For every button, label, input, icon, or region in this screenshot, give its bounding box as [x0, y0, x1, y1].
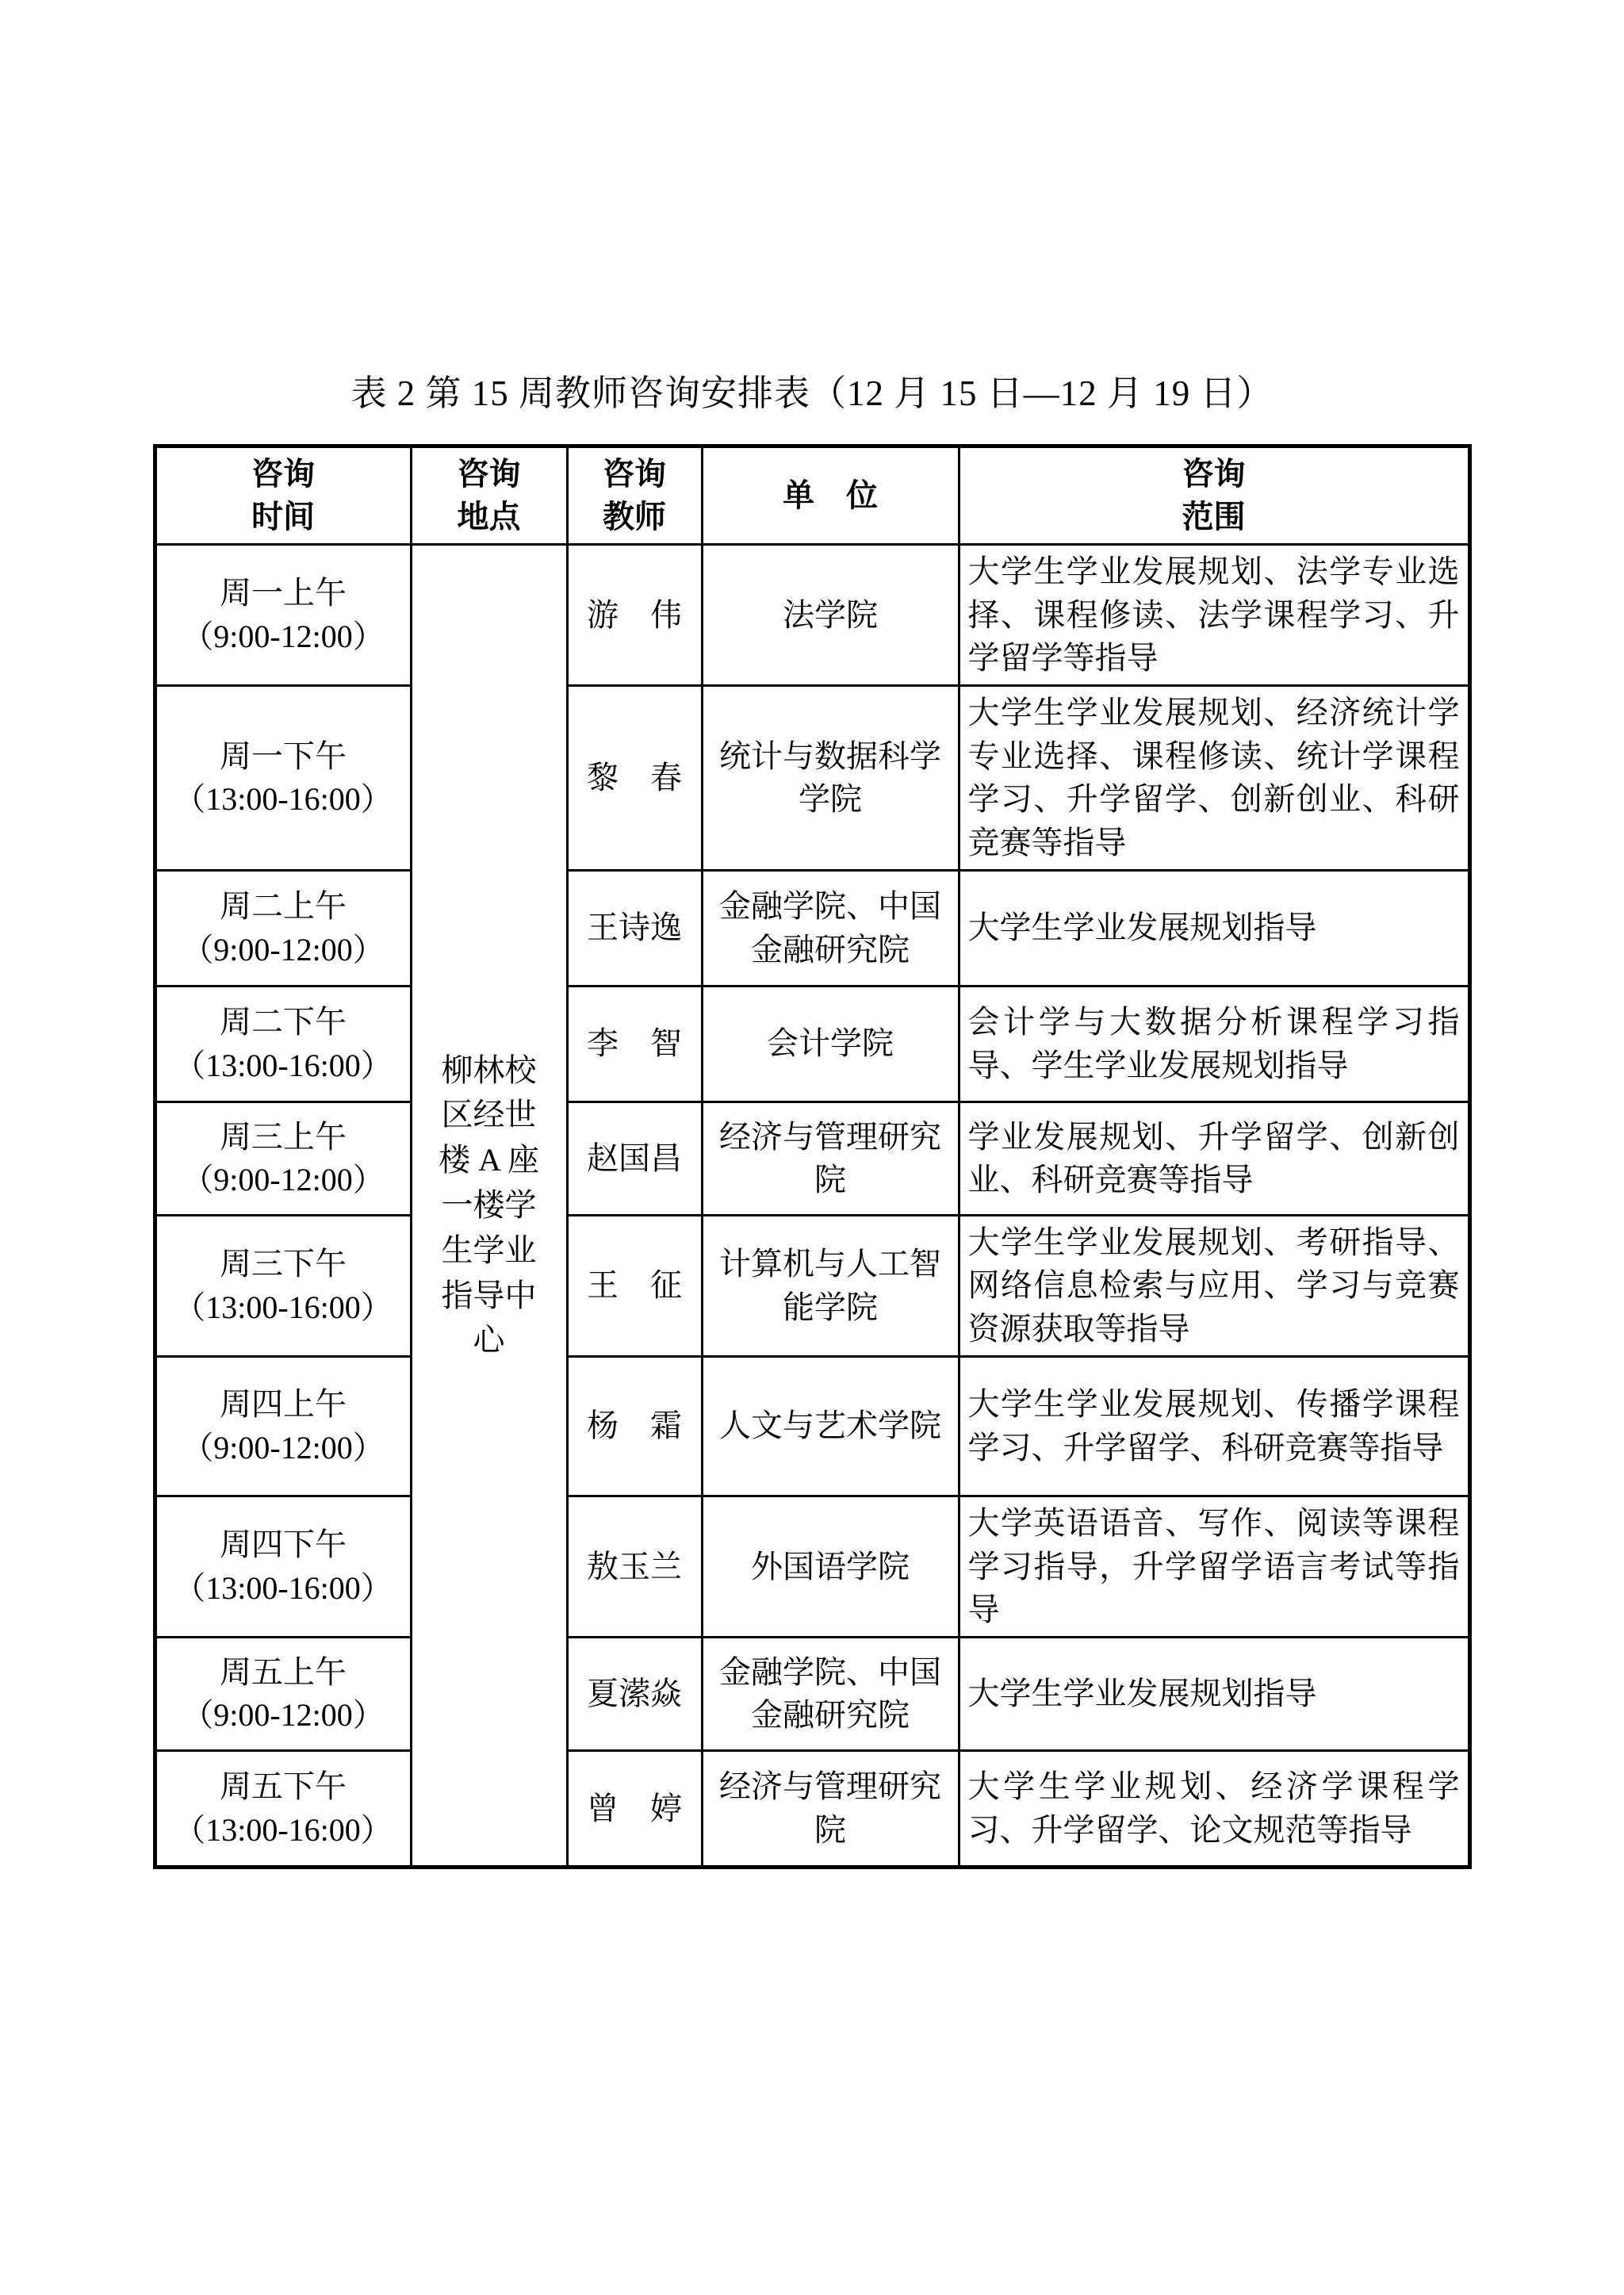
- cell-scope: 会计学与大数据分析课程学习指导、学生学业发展规划指导: [959, 987, 1469, 1102]
- cell-time: 周四下午 （13:00-16:00）: [155, 1496, 411, 1638]
- cell-unit: 会计学院: [702, 987, 959, 1102]
- cell-time: 周三上午 （9:00-12:00）: [155, 1102, 411, 1216]
- header-row: 咨询 时间 咨询 地点 咨询 教师 单 位 咨询 范围: [155, 446, 1469, 545]
- cell-unit: 经济与管理研究院: [702, 1751, 959, 1868]
- header-unit: 单 位: [702, 446, 959, 545]
- cell-unit: 计算机与人工智能学院: [702, 1216, 959, 1357]
- cell-scope: 学业发展规划、升学留学、创新创业、科研竞赛等指导: [959, 1102, 1469, 1216]
- cell-unit: 金融学院、中国金融研究院: [702, 871, 959, 987]
- cell-time: 周四上午 （9:00-12:00）: [155, 1357, 411, 1496]
- cell-scope: 大学英语语音、写作、阅读等课程学习指导，升学留学语言考试等指导: [959, 1496, 1469, 1638]
- cell-scope: 大学生学业发展规划指导: [959, 1638, 1469, 1751]
- cell-teacher: 王 征: [567, 1216, 702, 1357]
- table-row: 周三上午 （9:00-12:00） 赵国昌 经济与管理研究院 学业发展规划、升学…: [155, 1102, 1469, 1216]
- header-scope: 咨询 范围: [959, 446, 1469, 545]
- cell-teacher: 黎 春: [567, 686, 702, 871]
- location-text: 柳林校区经世楼 A 座一楼学生学业指导中心: [437, 1048, 542, 1364]
- table-row: 周四下午 （13:00-16:00） 敖玉兰 外国语学院 大学英语语音、写作、阅…: [155, 1496, 1469, 1638]
- header-location: 咨询 地点: [411, 446, 567, 545]
- table-row: 周五上午 （9:00-12:00） 夏潆焱 金融学院、中国金融研究院 大学生学业…: [155, 1638, 1469, 1751]
- cell-unit: 法学院: [702, 545, 959, 686]
- cell-teacher: 赵国昌: [567, 1102, 702, 1216]
- table-row: 周三下午 （13:00-16:00） 王 征 计算机与人工智能学院 大学生学业发…: [155, 1216, 1469, 1357]
- cell-scope: 大学生学业发展规划、考研指导、网络信息检索与应用、学习与竞赛资源获取等指导: [959, 1216, 1469, 1357]
- cell-time: 周一上午 （9:00-12:00）: [155, 545, 411, 686]
- table-row: 周五下午 （13:00-16:00） 曾 婷 经济与管理研究院 大学生学业规划、…: [155, 1751, 1469, 1868]
- cell-location-merged: 柳林校区经世楼 A 座一楼学生学业指导中心: [411, 545, 567, 1868]
- cell-unit: 外国语学院: [702, 1496, 959, 1638]
- cell-teacher: 王诗逸: [567, 871, 702, 987]
- table-row: 周一上午 （9:00-12:00） 柳林校区经世楼 A 座一楼学生学业指导中心 …: [155, 545, 1469, 686]
- cell-scope: 大学生学业发展规划指导: [959, 871, 1469, 987]
- cell-scope: 大学生学业发展规划、法学专业选择、课程修读、法学课程学习、升学留学等指导: [959, 545, 1469, 686]
- cell-teacher: 游 伟: [567, 545, 702, 686]
- cell-unit: 统计与数据科学学院: [702, 686, 959, 871]
- cell-unit: 经济与管理研究院: [702, 1102, 959, 1216]
- cell-time: 周三下午 （13:00-16:00）: [155, 1216, 411, 1357]
- cell-time: 周二上午 （9:00-12:00）: [155, 871, 411, 987]
- document-page: 表 2 第 15 周教师咨询安排表（12 月 15 日—12 月 19 日） 咨…: [0, 0, 1624, 2295]
- cell-teacher: 杨 霜: [567, 1357, 702, 1496]
- table-row: 周二上午 （9:00-12:00） 王诗逸 金融学院、中国金融研究院 大学生学业…: [155, 871, 1469, 987]
- cell-time: 周五上午 （9:00-12:00）: [155, 1638, 411, 1751]
- table-title: 表 2 第 15 周教师咨询安排表（12 月 15 日—12 月 19 日）: [0, 0, 1624, 414]
- cell-teacher: 敖玉兰: [567, 1496, 702, 1638]
- header-time: 咨询 时间: [155, 446, 411, 545]
- header-teacher: 咨询 教师: [567, 446, 702, 545]
- cell-unit: 金融学院、中国金融研究院: [702, 1638, 959, 1751]
- cell-teacher: 李 智: [567, 987, 702, 1102]
- table-row: 周四上午 （9:00-12:00） 杨 霜 人文与艺术学院 大学生学业发展规划、…: [155, 1357, 1469, 1496]
- table-row: 周一下午 （13:00-16:00） 黎 春 统计与数据科学学院 大学生学业发展…: [155, 686, 1469, 871]
- cell-time: 周一下午 （13:00-16:00）: [155, 686, 411, 871]
- cell-time: 周二下午 （13:00-16:00）: [155, 987, 411, 1102]
- cell-scope: 大学生学业规划、经济学课程学习、升学留学、论文规范等指导: [959, 1751, 1469, 1868]
- table-row: 周二下午 （13:00-16:00） 李 智 会计学院 会计学与大数据分析课程学…: [155, 987, 1469, 1102]
- cell-time: 周五下午 （13:00-16:00）: [155, 1751, 411, 1868]
- cell-teacher: 曾 婷: [567, 1751, 702, 1868]
- consultation-schedule-table: 咨询 时间 咨询 地点 咨询 教师 单 位 咨询 范围 周一上午 （9:00-1…: [153, 444, 1472, 1870]
- cell-scope: 大学生学业发展规划、经济统计学专业选择、课程修读、统计学课程学习、升学留学、创新…: [959, 686, 1469, 871]
- cell-teacher: 夏潆焱: [567, 1638, 702, 1751]
- cell-scope: 大学生学业发展规划、传播学课程学习、升学留学、科研竞赛等指导: [959, 1357, 1469, 1496]
- cell-unit: 人文与艺术学院: [702, 1357, 959, 1496]
